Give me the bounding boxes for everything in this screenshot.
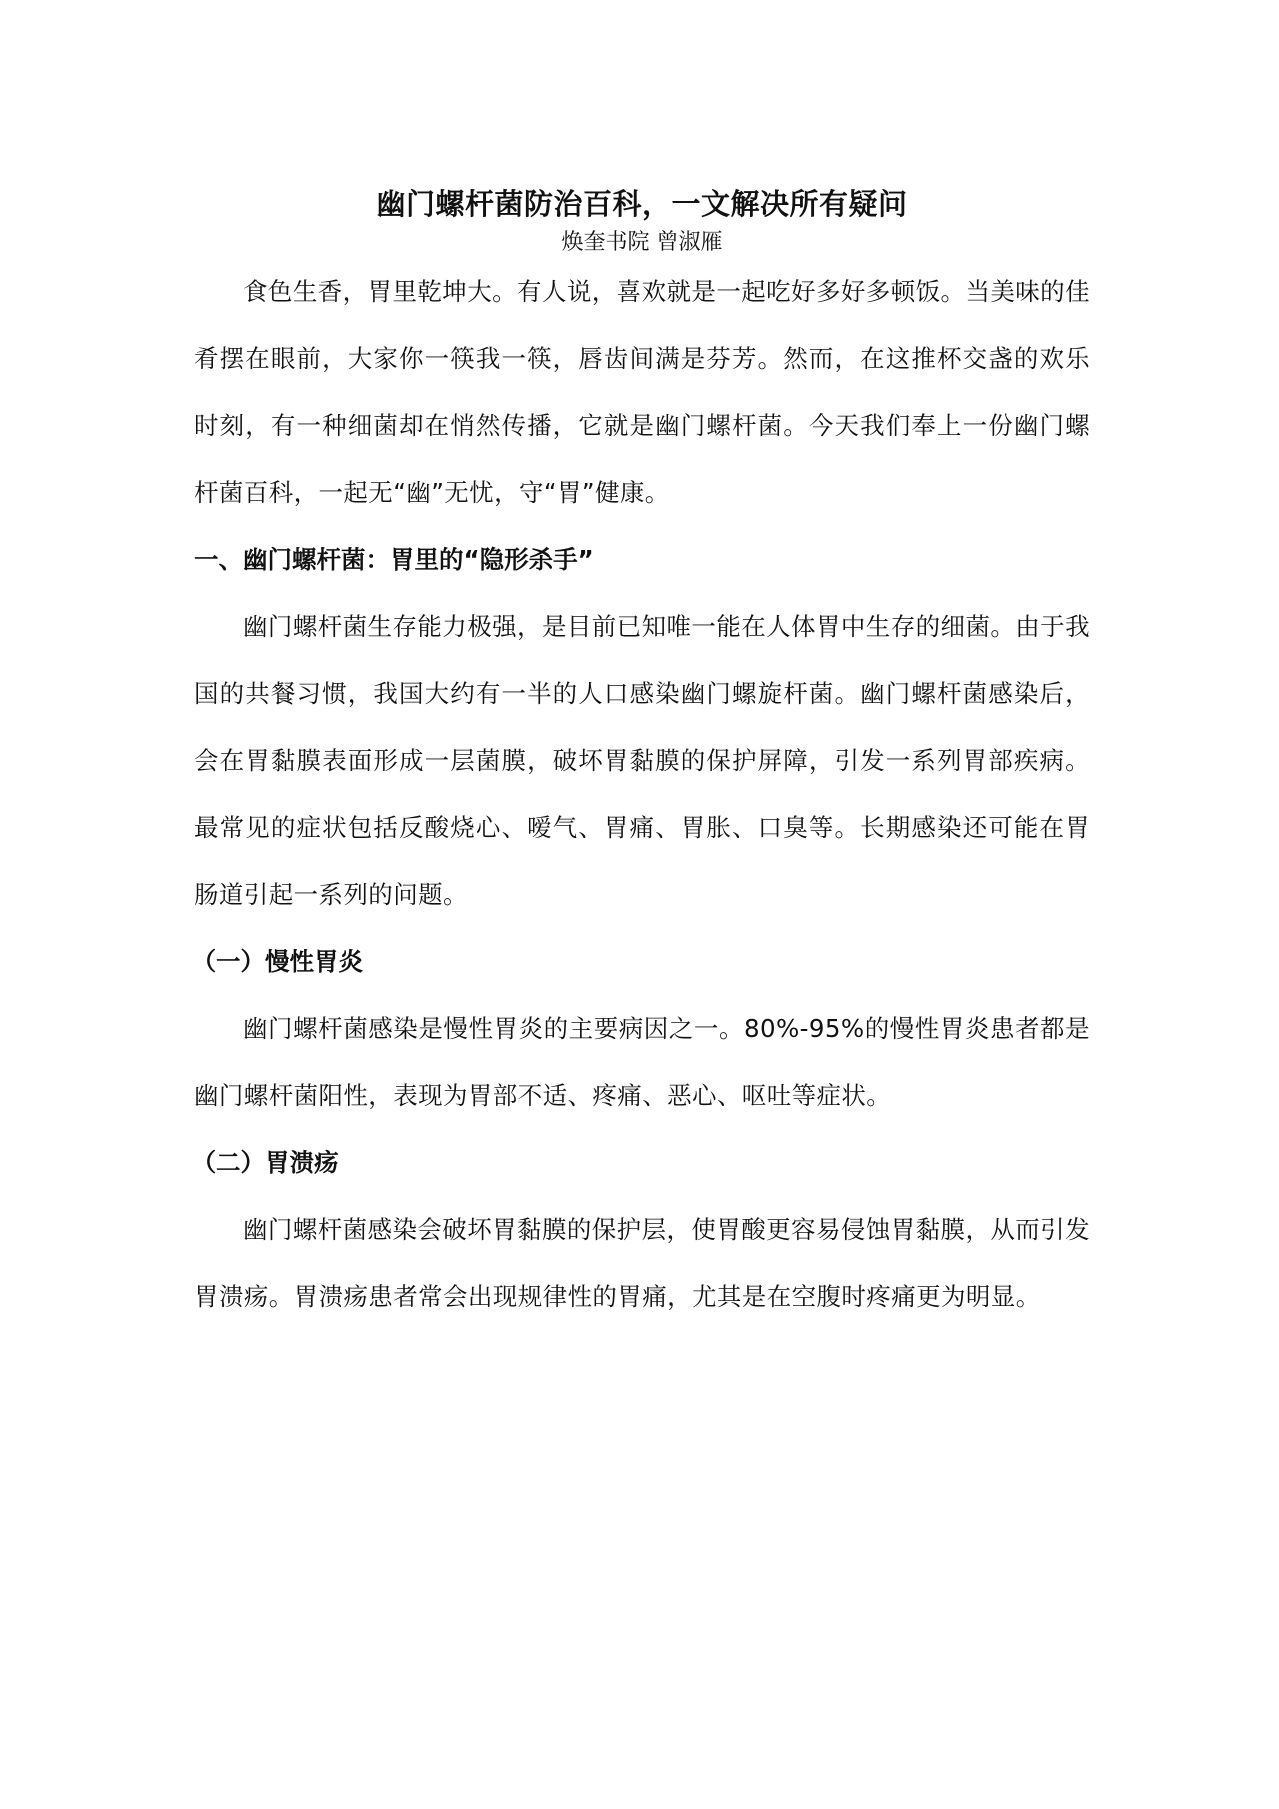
subsection-heading-chronic-gastritis: （一）慢性胃炎 — [194, 928, 1090, 995]
document-author: 焕奎书院 曾淑雁 — [194, 228, 1090, 258]
subsection-paragraph-chronic-gastritis: 幽门螺杆菌感染是慢性胃炎的主要病因之一。80%-95%的慢性胃炎患者都是幽门螺杆… — [194, 995, 1090, 1129]
document-title: 幽门螺杆菌防治百科，一文解决所有疑问 — [194, 182, 1090, 226]
section-paragraph: 幽门螺杆菌生存能力极强，是目前已知唯一能在人体胃中生存的细菌。由于我国的共餐习惯… — [194, 593, 1090, 928]
intro-paragraph: 食色生香，胃里乾坤大。有人说，喜欢就是一起吃好多好多顿饭。当美味的佳肴摆在眼前，… — [194, 258, 1090, 526]
document-page: 幽门螺杆菌防治百科，一文解决所有疑问 焕奎书院 曾淑雁 食色生香，胃里乾坤大。有… — [194, 182, 1090, 1330]
subsection-heading-gastric-ulcer: （二）胃溃疡 — [194, 1129, 1090, 1196]
subsection-paragraph-gastric-ulcer: 幽门螺杆菌感染会破坏胃黏膜的保护层，使胃酸更容易侵蚀胃黏膜，从而引发胃溃疡。胃溃… — [194, 1196, 1090, 1330]
section-heading: 一、幽门螺杆菌：胃里的“隐形杀手” — [194, 526, 1090, 593]
